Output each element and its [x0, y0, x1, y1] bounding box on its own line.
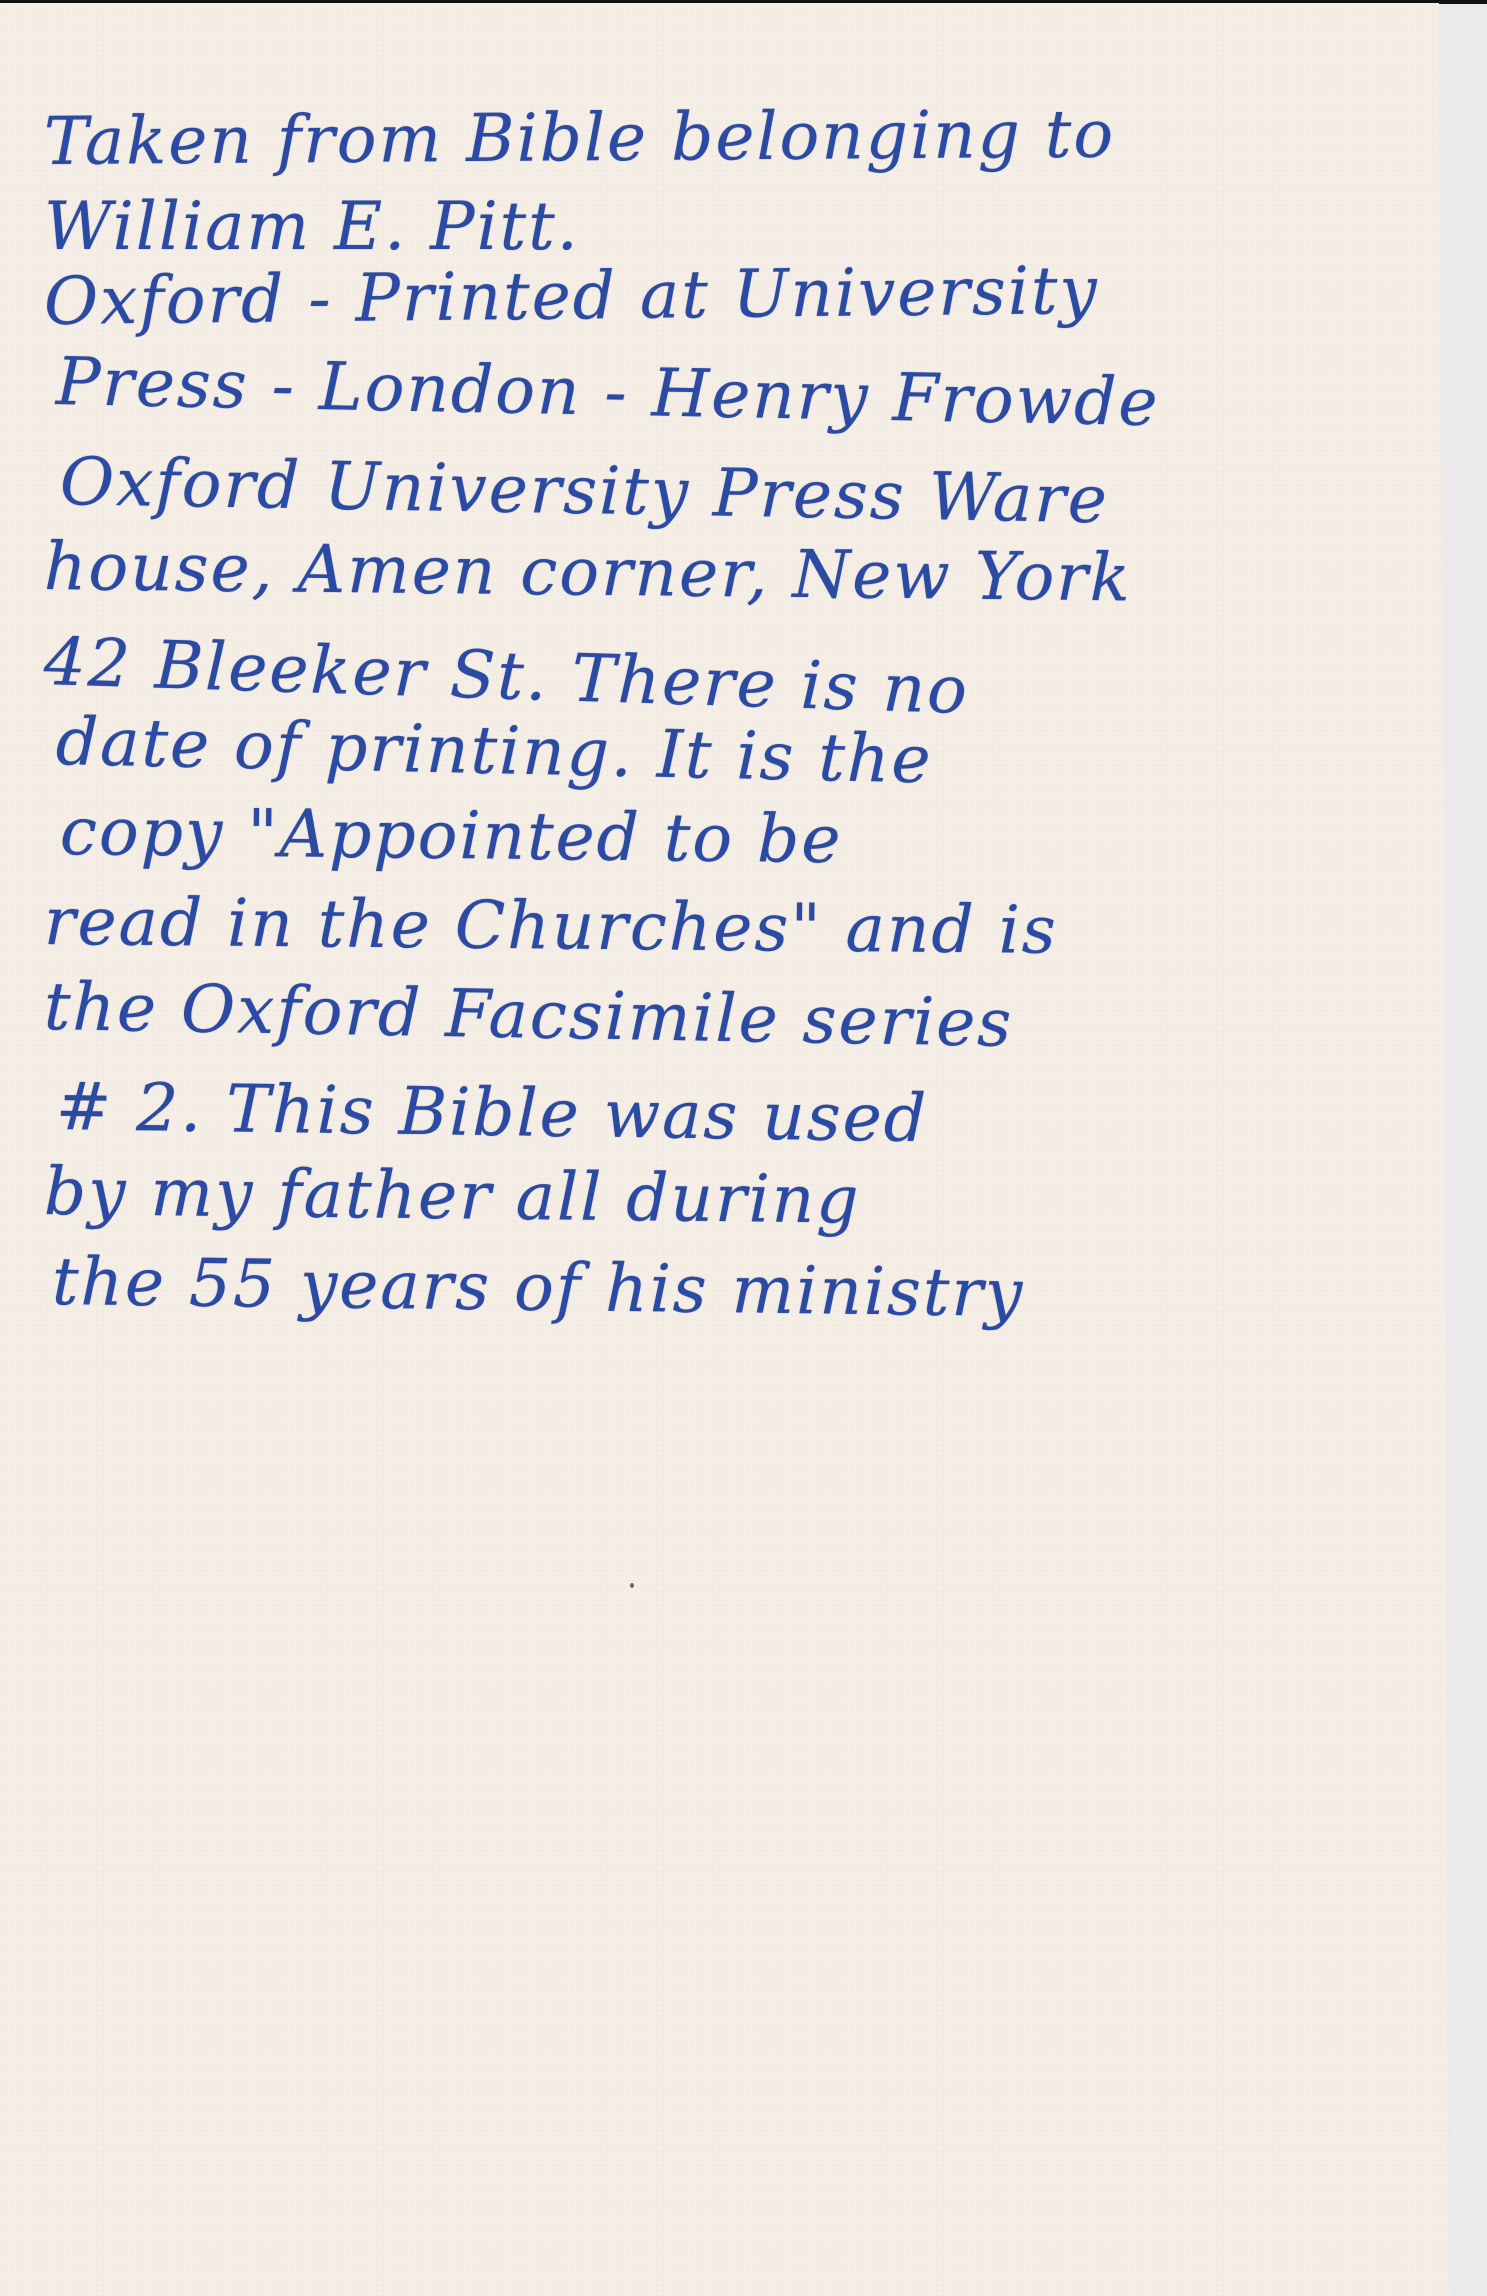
handwritten-line: house, Amen corner, New York	[44, 528, 1133, 616]
handwritten-text-block: Taken from Bible belonging to William E.…	[0, 3, 1449, 1403]
handwritten-line: William E. Pitt.	[44, 188, 580, 265]
handwritten-line: read in the Churches" and is	[44, 883, 1058, 969]
handwritten-line: Oxford University Press Ware	[59, 443, 1109, 538]
handwritten-line: Taken from Bible belonging to	[44, 96, 1116, 180]
note-paper: Taken from Bible belonging to William E.…	[0, 3, 1449, 2296]
scan-right-margin	[1447, 4, 1487, 2296]
handwritten-line: the Oxford Facsimile series	[43, 968, 1014, 1062]
handwritten-line: # 2. This Bible was used	[55, 1068, 928, 1157]
handwritten-line: copy "Appointed to be	[60, 793, 843, 878]
handwritten-line: Oxford - Printed at University	[44, 252, 1099, 340]
handwritten-line: by my father all during	[44, 1153, 861, 1239]
handwritten-line: Press - London - Henry Frowde	[55, 343, 1160, 441]
paper-speck	[630, 1583, 634, 1588]
handwritten-line: the 55 years of his ministry	[52, 1243, 1025, 1332]
